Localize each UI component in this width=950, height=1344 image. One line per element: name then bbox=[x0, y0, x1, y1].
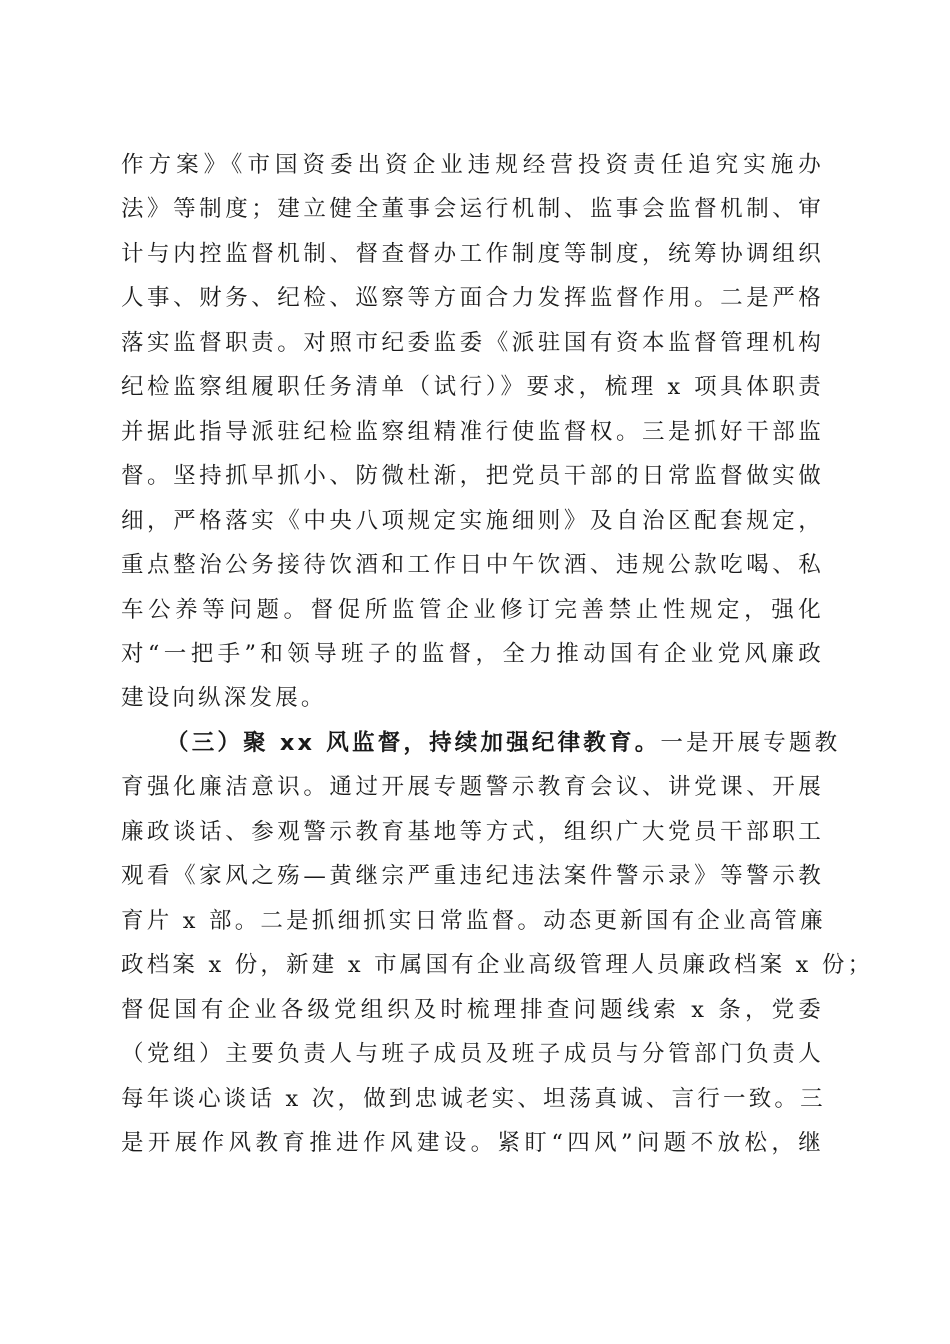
text-line: 育片 x 部。二是抓细抓实日常监督。动态更新国有企业高管廉 bbox=[121, 899, 824, 943]
text-line: 车公养等问题。督促所监管企业修订完善禁止性规定，强化 bbox=[121, 588, 824, 632]
text-line: 督促国有企业各级党组织及时梳理排查问题线索 x 条，党委 bbox=[121, 988, 824, 1032]
text-line: 人事、财务、纪检、巡察等方面合力发挥监督作用。二是严格 bbox=[121, 276, 824, 320]
text-line: 政档案 x 份，新建 x 市属国有企业高级管理人员廉政档案 x 份； bbox=[121, 943, 824, 987]
section-heading: （三）聚 xx 风监督，持续加强纪律教育。 bbox=[166, 730, 660, 756]
text-line: 督。坚持抓早抓小、防微杜渐，把党员干部的日常监督做实做 bbox=[121, 454, 824, 498]
text-line: 细，严格落实《中央八项规定实施细则》及自治区配套规定， bbox=[121, 499, 824, 543]
text-run: 一是开展专题教 bbox=[660, 730, 840, 756]
text-line: 并据此指导派驻纪检监察组精准行使监督权。三是抓好干部监 bbox=[121, 410, 824, 454]
text-line: 建设向纵深发展。 bbox=[121, 676, 824, 720]
text-line: 落实监督职责。对照市纪委监委《派驻国有资本监督管理机构 bbox=[121, 321, 824, 365]
text-line-first: （三）聚 xx 风监督，持续加强纪律教育。一是开展专题教 bbox=[121, 721, 824, 765]
text-line: 法》等制度；建立健全董事会运行机制、监事会监督机制、审 bbox=[121, 187, 824, 231]
text-line: 重点整治公务接待饮酒和工作日中午饮酒、违规公款吃喝、私 bbox=[121, 543, 824, 587]
text-line: 对“一把手”和领导班子的监督，全力推动国有企业党风廉政 bbox=[121, 632, 824, 676]
text-line: 育强化廉洁意识。通过开展专题警示教育会议、讲党课、开展 bbox=[121, 765, 824, 809]
text-line: 作方案》《市国资委出资企业违规经营投资责任追究实施办 bbox=[121, 143, 824, 187]
text-line: 每年谈心谈话 x 次，做到忠诚老实、坦荡真诚、言行一致。三 bbox=[121, 1077, 824, 1121]
document-page: 作方案》《市国资委出资企业违规经营投资责任追究实施办 法》等制度；建立健全董事会… bbox=[121, 143, 824, 1165]
paragraph-discipline-education: （三）聚 xx 风监督，持续加强纪律教育。一是开展专题教 育强化廉洁意识。通过开… bbox=[121, 721, 824, 1166]
text-line: 纪检监察组履职任务清单（试行）》要求，梳理 x 项具体职责 bbox=[121, 365, 824, 409]
text-line: 观看《家风之殇—黄继宗严重违纪违法案件警示录》等警示教 bbox=[121, 854, 824, 898]
text-line: 廉政谈话、参观警示教育基地等方式，组织广大党员干部职工 bbox=[121, 810, 824, 854]
text-line: 计与内控监督机制、督查督办工作制度等制度，统筹协调组织 bbox=[121, 232, 824, 276]
text-line: （党组）主要负责人与班子成员及班子成员与分管部门负责人 bbox=[121, 1032, 824, 1076]
paragraph-oversight-mechanisms: 作方案》《市国资委出资企业违规经营投资责任追究实施办 法》等制度；建立健全董事会… bbox=[121, 143, 824, 721]
text-line: 是开展作风教育推进作风建设。紧盯“四风”问题不放松，继 bbox=[121, 1121, 824, 1165]
